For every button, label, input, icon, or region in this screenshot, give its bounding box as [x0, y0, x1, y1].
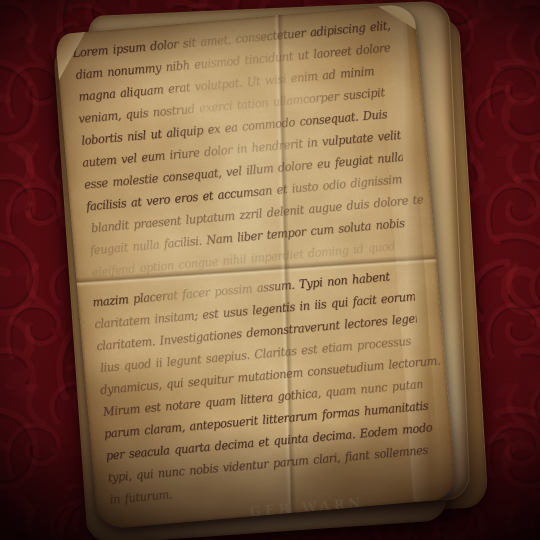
letter-paragraph-1: Lorem ipsum dolor sit amet, consectetuer…	[72, 13, 432, 284]
scene: Lorem ipsum dolor sit amet, consectetuer…	[0, 0, 540, 540]
letter-paragraph-2: mazim placerat facer possim assum. Typi …	[92, 262, 452, 511]
letter-page: Lorem ipsum dolor sit amet, consectetuer…	[55, 3, 457, 529]
